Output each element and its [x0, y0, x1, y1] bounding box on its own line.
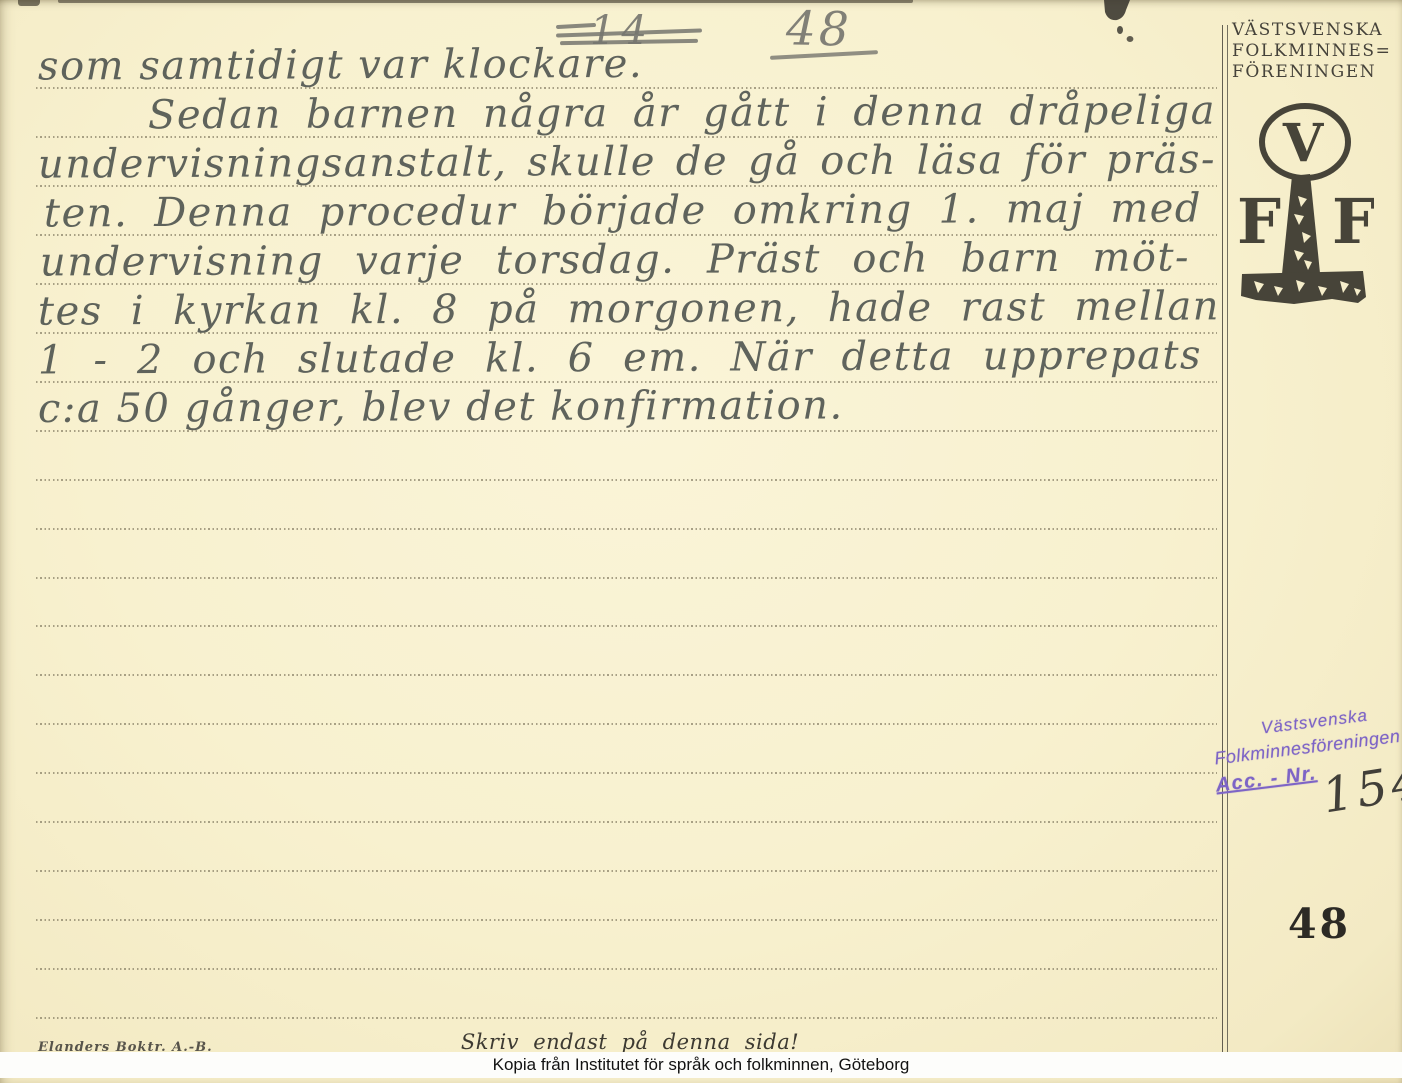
ruled-line — [36, 870, 1217, 872]
ruled-line — [36, 577, 1217, 579]
archival-record-card: 14 48 som samtidigt var klockare. Sedan … — [0, 0, 1402, 1083]
letterhead-line: FOLKMINNES= — [1232, 41, 1392, 62]
letterhead: VÄSTSVENSKA FOLKMINNES= FÖRENINGEN — [1232, 20, 1392, 83]
ruled-line — [36, 528, 1217, 530]
archive-caption-text: Kopia från Institutet för språk och folk… — [493, 1055, 910, 1075]
ruled-line — [36, 772, 1217, 774]
handwritten-line: c:a 50 gånger, blev det konfirmation. — [38, 382, 963, 432]
ruled-line — [36, 723, 1217, 725]
ruled-line — [36, 821, 1217, 823]
scan-edge-artifact — [18, 0, 40, 6]
ruled-line — [36, 919, 1217, 921]
folklore-society-logo: V F F — [1234, 100, 1374, 315]
handwritten-line: undervisning varje torsdag. Präst och ba… — [40, 234, 1190, 285]
handwritten-line: som samtidigt var klockare. — [38, 40, 743, 89]
logo-letter-f-left: F — [1237, 185, 1281, 258]
ruled-line — [36, 479, 1217, 481]
logo-letter-v: V — [1282, 113, 1325, 174]
handwritten-line: undervisningsanstalt, skulle de gå och l… — [38, 136, 1216, 187]
ruled-line — [36, 968, 1217, 970]
handwritten-line: Sedan barnen några år gått i denna dråpe… — [148, 88, 1216, 139]
handwritten-line: ten. Denna procedur började omkring 1. m… — [44, 185, 1202, 236]
handwritten-line: 1 - 2 och slutade kl. 6 em. När detta up… — [38, 332, 1202, 383]
margin-page-number: 48 — [1288, 900, 1351, 948]
handwritten-line: tes i kyrkan kl. 8 på morgonen, hade ras… — [38, 283, 1220, 334]
page-number-pencil: 48 — [786, 1, 853, 57]
scan-edge-artifact — [58, 0, 913, 3]
ruled-line — [36, 1017, 1217, 1019]
margin-vertical-rule — [1222, 25, 1228, 1062]
logo-letter-f-right: F — [1332, 185, 1374, 258]
ink-blot — [1090, 0, 1150, 50]
archive-caption-bar: Kopia från Institutet för språk och folk… — [0, 1052, 1402, 1078]
write-only-instruction: Skriv endast på denna sida! — [0, 1030, 1260, 1054]
ruled-line — [36, 674, 1217, 676]
ruled-line — [36, 625, 1217, 627]
letterhead-line: FÖRENINGEN — [1232, 62, 1392, 83]
letterhead-line: VÄSTSVENSKA — [1232, 20, 1392, 41]
